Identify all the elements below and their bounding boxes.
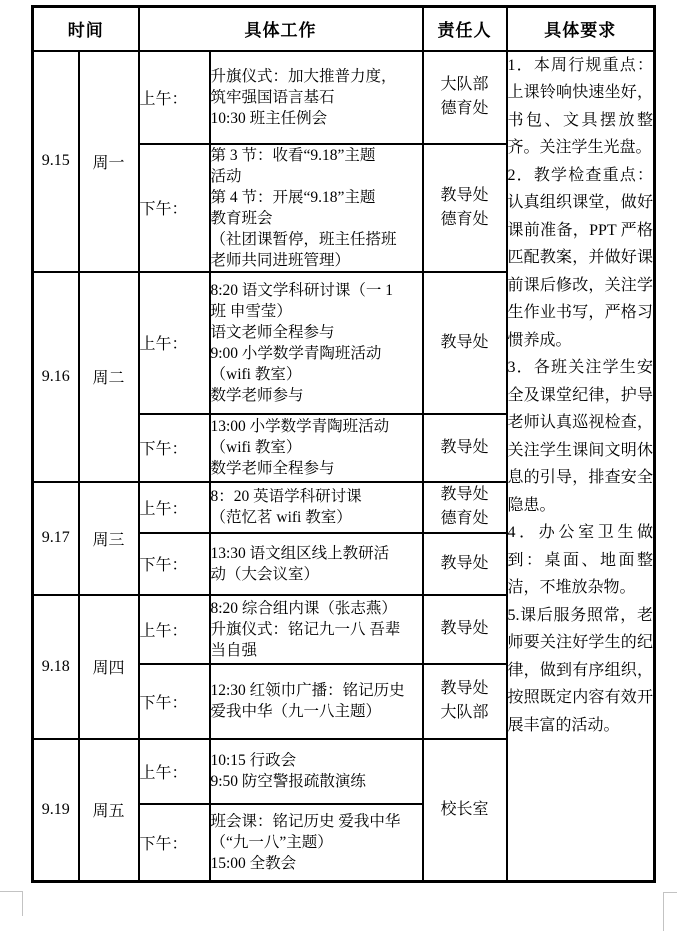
weekday-cell: 周五: [79, 739, 139, 882]
period-cell: 上午：: [139, 482, 210, 533]
document-page: 时间 具体工作 责任人 具体要求 9.15 周一 上午： 升旗仪式：加大推普力度…: [0, 0, 677, 931]
page-margin-mark-bottom-right: [663, 892, 677, 931]
period-cell: 上午：: [139, 739, 210, 804]
date-cell: 9.17: [33, 482, 79, 595]
weekday-cell: 周一: [79, 51, 139, 272]
date-cell: 9.19: [33, 739, 79, 882]
weekly-schedule-table: 时间 具体工作 责任人 具体要求 9.15 周一 上午： 升旗仪式：加大推普力度…: [31, 5, 656, 883]
responsible-cell: 教导处: [423, 595, 507, 664]
period-cell: 下午：: [139, 144, 210, 272]
header-responsible: 责任人: [423, 7, 507, 51]
weekday-cell: 周三: [79, 482, 139, 595]
responsible-cell: 教导处 德育处: [423, 144, 507, 272]
work-cell: 8：20 英语学科研讨课 （范忆茗 wifi 教室）: [210, 482, 423, 533]
date-cell: 9.18: [33, 595, 79, 739]
work-cell: 10:15 行政会 9:50 防空警报疏散演练: [210, 739, 423, 804]
period-cell: 下午：: [139, 804, 210, 882]
period-cell: 下午：: [139, 664, 210, 739]
work-cell: 13:00 小学数学青陶班活动 （wifi 教室） 数学老师全程参与: [210, 414, 423, 482]
responsible-cell: 校长室: [423, 739, 507, 882]
weekday-cell: 周四: [79, 595, 139, 739]
responsible-cell: 教导处: [423, 272, 507, 414]
header-requirements: 具体要求: [507, 7, 655, 51]
responsible-cell: 教导处: [423, 414, 507, 482]
page-margin-mark-bottom-left: [0, 891, 23, 916]
period-cell: 上午：: [139, 272, 210, 414]
table-row: 9.15 周一 上午： 升旗仪式：加大推普力度， 筑牢强国语言基石 10:30 …: [33, 51, 655, 144]
date-cell: 9.16: [33, 272, 79, 482]
work-cell: 8:20 综合组内课（张志燕） 升旗仪式：铭记九一八 吾辈 当自强: [210, 595, 423, 664]
work-cell: 12:30 红领巾广播：铭记历史 爱我中华（九一八主题）: [210, 664, 423, 739]
responsible-cell: 教导处: [423, 533, 507, 595]
responsible-cell: 教导处 大队部: [423, 664, 507, 739]
period-cell: 下午：: [139, 533, 210, 595]
work-cell: 第 3 节：收看“9.18”主题 活动 第 4 节：开展“9.18”主题 教育班…: [210, 144, 423, 272]
work-cell: 8:20 语文学科研讨课（一 1 班 申雪莹） 语文老师全程参与 9:00 小学…: [210, 272, 423, 414]
requirements-cell: 1．本周行规重点：上课铃响快速坐好，书包、文具摆放整齐。关注学生光盘。 2．教学…: [507, 51, 655, 882]
work-cell: 班会课：铭记历史 爱我中华 （“九一八”主题） 15:00 全教会: [210, 804, 423, 882]
date-cell: 9.15: [33, 51, 79, 272]
work-cell: 升旗仪式：加大推普力度， 筑牢强国语言基石 10:30 班主任例会: [210, 51, 423, 144]
period-cell: 上午：: [139, 595, 210, 664]
weekday-cell: 周二: [79, 272, 139, 482]
header-time: 时间: [33, 7, 139, 51]
period-cell: 下午：: [139, 414, 210, 482]
responsible-cell: 教导处 德育处: [423, 482, 507, 533]
period-cell: 上午：: [139, 51, 210, 144]
work-cell: 13:30 语文组区线上教研活 动（大会议室）: [210, 533, 423, 595]
header-work: 具体工作: [139, 7, 423, 51]
responsible-cell: 大队部 德育处: [423, 51, 507, 144]
